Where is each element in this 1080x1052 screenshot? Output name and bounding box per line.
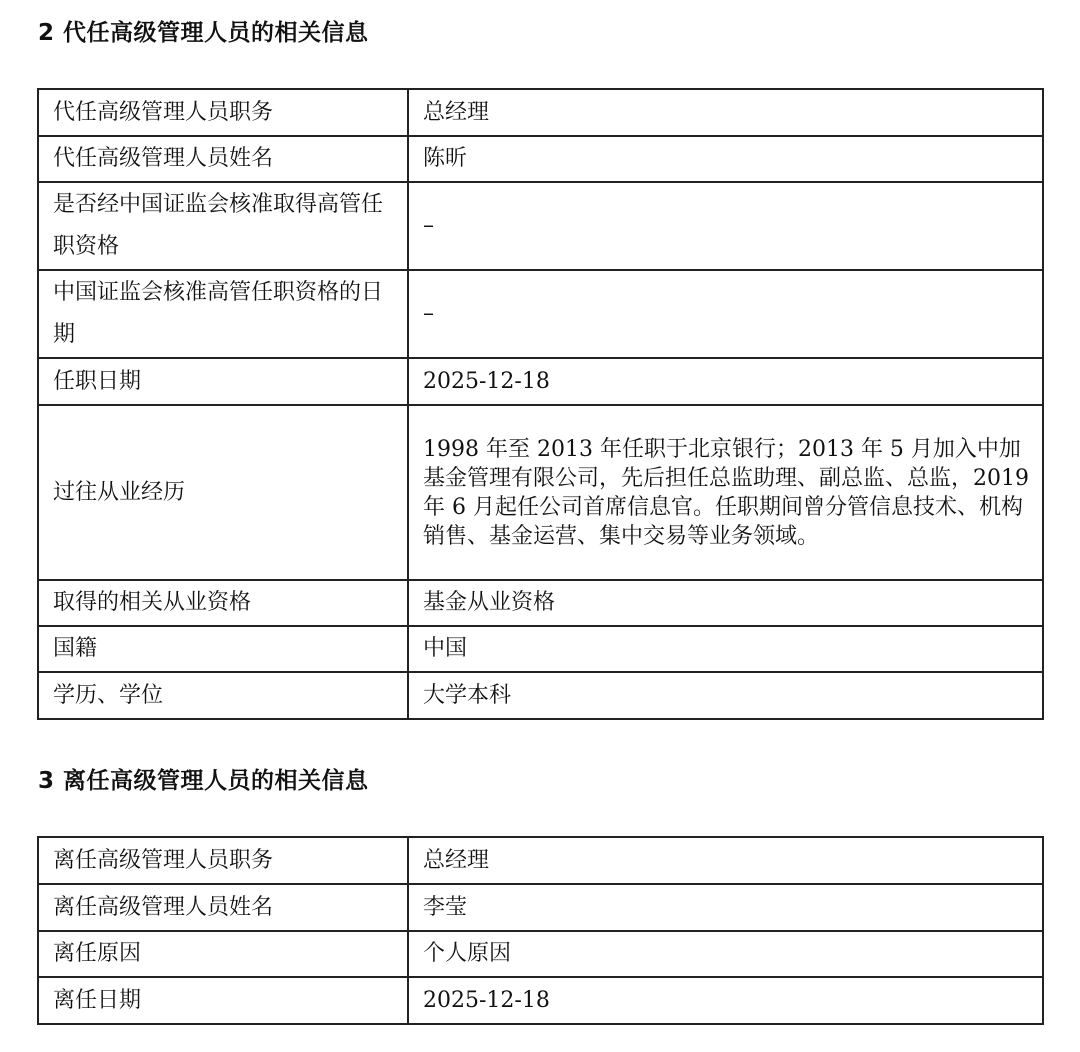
acting-executive-table: 代任高级管理人员职务 总经理 代任高级管理人员姓名 陈昕 是否经中国证监会核准取… bbox=[37, 88, 1044, 720]
row-label: 离任日期 bbox=[38, 977, 408, 1024]
section-2-title: 2 代任高级管理人员的相关信息 bbox=[38, 14, 369, 47]
table-row: 国籍 中国 bbox=[38, 626, 1043, 672]
row-value: 1998 年至 2013 年任职于北京银行；2013 年 5 月加入中加基金管理… bbox=[408, 405, 1043, 580]
row-value: 李莹 bbox=[408, 884, 1043, 931]
table-row: 学历、学位 大学本科 bbox=[38, 672, 1043, 719]
row-value: – bbox=[408, 182, 1043, 270]
row-value: 2025-12-18 bbox=[408, 358, 1043, 405]
table-row: 代任高级管理人员职务 总经理 bbox=[38, 89, 1043, 136]
section-3-title: 3 离任高级管理人员的相关信息 bbox=[38, 762, 369, 795]
row-value: 个人原因 bbox=[408, 931, 1043, 977]
table-row: 任职日期 2025-12-18 bbox=[38, 358, 1043, 405]
row-value: 基金从业资格 bbox=[408, 580, 1043, 626]
row-label: 取得的相关从业资格 bbox=[38, 580, 408, 626]
table-row: 代任高级管理人员姓名 陈昕 bbox=[38, 136, 1043, 182]
row-label: 过往从业经历 bbox=[38, 405, 408, 580]
row-label: 代任高级管理人员职务 bbox=[38, 89, 408, 136]
table-row: 离任高级管理人员姓名 李莹 bbox=[38, 884, 1043, 931]
row-value: – bbox=[408, 270, 1043, 358]
row-label: 离任原因 bbox=[38, 931, 408, 977]
row-label: 学历、学位 bbox=[38, 672, 408, 719]
table-row: 离任高级管理人员职务 总经理 bbox=[38, 837, 1043, 884]
table-row: 过往从业经历 1998 年至 2013 年任职于北京银行；2013 年 5 月加… bbox=[38, 405, 1043, 580]
table-row: 离任日期 2025-12-18 bbox=[38, 977, 1043, 1024]
departing-executive-table: 离任高级管理人员职务 总经理 离任高级管理人员姓名 李莹 离任原因 个人原因 离… bbox=[37, 836, 1044, 1025]
row-value: 大学本科 bbox=[408, 672, 1043, 719]
row-label: 国籍 bbox=[38, 626, 408, 672]
row-label: 是否经中国证监会核准取得高管任职资格 bbox=[38, 182, 408, 270]
row-value: 陈昕 bbox=[408, 136, 1043, 182]
row-label: 离任高级管理人员职务 bbox=[38, 837, 408, 884]
row-value: 2025-12-18 bbox=[408, 977, 1043, 1024]
row-label: 代任高级管理人员姓名 bbox=[38, 136, 408, 182]
table-row: 是否经中国证监会核准取得高管任职资格 – bbox=[38, 182, 1043, 270]
row-label: 中国证监会核准高管任职资格的日期 bbox=[38, 270, 408, 358]
row-value: 中国 bbox=[408, 626, 1043, 672]
row-label: 任职日期 bbox=[38, 358, 408, 405]
row-value: 总经理 bbox=[408, 89, 1043, 136]
row-label: 离任高级管理人员姓名 bbox=[38, 884, 408, 931]
table-row: 取得的相关从业资格 基金从业资格 bbox=[38, 580, 1043, 626]
table-row: 离任原因 个人原因 bbox=[38, 931, 1043, 977]
table-row: 中国证监会核准高管任职资格的日期 – bbox=[38, 270, 1043, 358]
row-value: 总经理 bbox=[408, 837, 1043, 884]
